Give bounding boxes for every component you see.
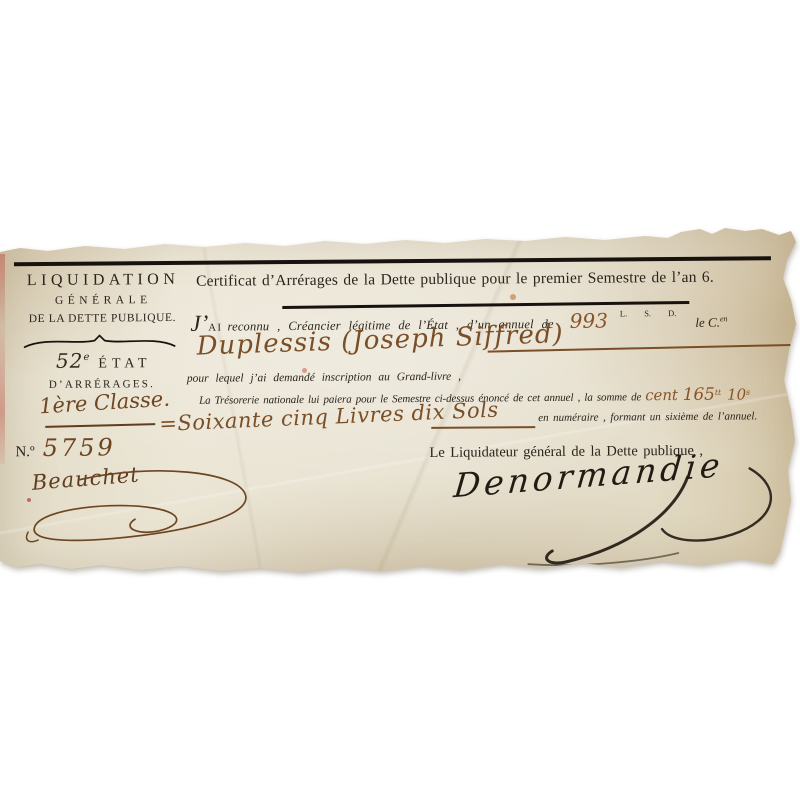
etat-label: ÉTAT bbox=[98, 356, 151, 371]
liquidation-title-line2: GÉNÉRALE bbox=[22, 294, 184, 307]
etat-number-handwritten: 52e bbox=[56, 349, 91, 373]
liquidateur-signature-flourish bbox=[431, 446, 794, 571]
liquidation-title-line3: DE LA DETTE PUBLIQUE. bbox=[6, 312, 198, 326]
sum-sols: 10 bbox=[727, 385, 746, 403]
citizen-abbrev: le C.en bbox=[695, 315, 727, 330]
inscription-line: pour lequel j’ai demandé inscription au … bbox=[187, 371, 461, 385]
currency-column-s: S. bbox=[644, 308, 651, 318]
sum-cent: cent bbox=[645, 386, 678, 404]
certificate-title: Certificat d’Arrérages de la Dette publi… bbox=[196, 269, 714, 291]
sum-number: 165 bbox=[683, 385, 715, 405]
etat-number-sup: e bbox=[83, 352, 90, 363]
sum-livres-sup: tt bbox=[715, 388, 721, 397]
currency-column-l: L. bbox=[620, 308, 627, 318]
document-paper: LIQUIDATION GÉNÉRALE DE LA DETTE PUBLIQU… bbox=[0, 228, 796, 576]
numero-value-handwritten: 5759 bbox=[43, 433, 116, 462]
currency-columns: L.S.D. bbox=[620, 308, 694, 319]
header-rule bbox=[14, 256, 771, 266]
sum-sols-sup: s bbox=[746, 388, 750, 397]
etat-row: 52eÉTAT bbox=[23, 348, 185, 373]
sum-words-inkline bbox=[431, 426, 535, 428]
etat-number: 52 bbox=[56, 349, 84, 373]
document-content: LIQUIDATION GÉNÉRALE DE LA DETTE PUBLIQU… bbox=[0, 222, 798, 576]
currency-column-d: D. bbox=[668, 308, 676, 318]
clerk-signature-flourish bbox=[18, 460, 257, 564]
annual-amount-handwritten: 993 bbox=[570, 309, 608, 333]
numero-label: N.º bbox=[15, 444, 34, 460]
numero-row: N.º5759 bbox=[15, 433, 116, 462]
citizen-abbrev-label: le C. bbox=[695, 315, 720, 330]
classe-handwritten: 1ère Classe. bbox=[38, 387, 170, 419]
sum-figures-handwritten: cent 165tt10s bbox=[645, 389, 750, 403]
document-paper-wrap: LIQUIDATION GÉNÉRALE DE LA DETTE PUBLIQU… bbox=[0, 228, 796, 576]
citizen-abbrev-sup: en bbox=[720, 314, 728, 323]
liquidation-title-line1: LIQUIDATION bbox=[22, 271, 184, 290]
numeraire-line: en numéraire , formant un sixième de l’a… bbox=[538, 410, 757, 424]
scan-background: LIQUIDATION GÉNÉRALE DE LA DETTE PUBLIQU… bbox=[0, 0, 800, 800]
sum-words-prefix: = bbox=[159, 411, 178, 436]
classe-underline bbox=[45, 423, 155, 428]
